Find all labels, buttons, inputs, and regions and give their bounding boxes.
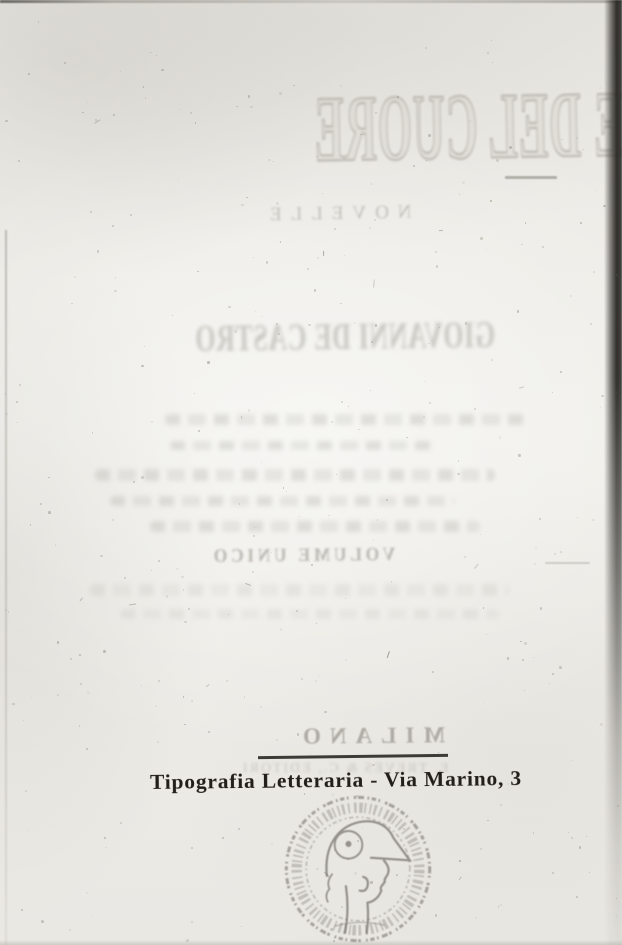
bleed-through-series-text: NOVELLE [261, 203, 412, 225]
bleed-smudge-line [90, 584, 510, 596]
bleed-smudge-line [170, 441, 435, 450]
scan-top-edge-shadow [0, 0, 622, 3]
bleed-smudge-line [95, 469, 495, 481]
bleed-through-title-text: TEMPESTE DEL CUORE [313, 73, 622, 176]
paper-crease-line [5, 230, 7, 945]
bleed-dash-mark [545, 562, 590, 564]
bleed-smudge-line [150, 521, 480, 532]
book-gutter-shadow [604, 0, 622, 945]
imprint-line: Tipografia Letteraria - Via Marino, 3 [0, 769, 622, 793]
bleed-through-author-line: GIOVANNI DE CASTRO [0, 318, 622, 356]
bleed-smudge-line [120, 609, 500, 619]
bleed-smudge-line [165, 414, 530, 425]
imprint-divider-rule [258, 754, 448, 759]
bleed-through-city-text: MILANO [294, 723, 445, 748]
imprint-text: Tipografia Letteraria - Via Marino, 3 [150, 767, 522, 795]
bleed-through-title: TEMPESTE DEL CUORE [0, 78, 622, 172]
bleed-through-author-text: GIOVANNI DE CASTRO [195, 316, 496, 358]
scanned-page: TEMPESTE DEL CUORE NOVELLE GIOVANNI DE C… [0, 0, 622, 945]
bleed-through-volume-label: VOLUME UNICO [0, 546, 622, 565]
scan-bottom-edge-shadow [0, 940, 622, 945]
bleed-through-city: MILANO [0, 724, 622, 747]
bleed-dash-mark [505, 176, 557, 179]
bleed-through-series-label: NOVELLE [0, 204, 622, 223]
library-stamp-minerva-icon [270, 793, 446, 945]
bleed-through-volume-text: VOLUME UNICO [210, 545, 395, 566]
bleed-smudge-line [110, 496, 455, 506]
